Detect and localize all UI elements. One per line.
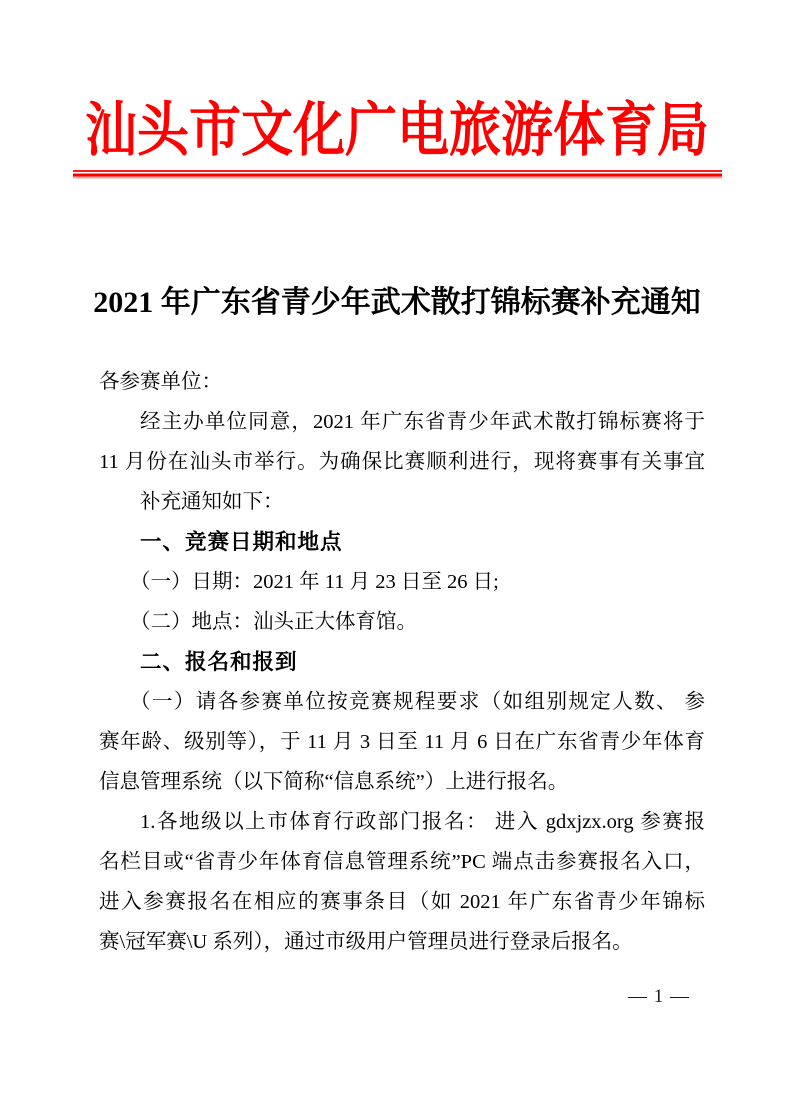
body-line: 进入参赛报名在相应的赛事条目（如 2021 年广东省青少年锦标	[99, 882, 705, 922]
body-line: 补充通知如下：	[99, 482, 705, 522]
section-heading: 二、报名和报到	[99, 642, 705, 682]
document-title: 2021 年广东省青少年武术散打锦标赛补充通知	[0, 283, 794, 323]
body-line: （一）日期：2021 年 11 月 23 日至 26 日;	[99, 562, 705, 602]
body-line-salutation: 各参赛单位：	[99, 362, 705, 402]
body-line: 名栏目或“省青少年体育信息管理系统”PC 端点击参赛报名入口，	[99, 842, 705, 882]
letterhead-agency-name: 汕头市文化广电旅游体育局	[0, 97, 794, 167]
body-line: 信息管理系统（以下简称“信息系统”）上进行报名。	[99, 762, 705, 802]
body-line: （二）地点：汕头正大体育馆。	[99, 602, 705, 642]
body-line: 11 月份在汕头市举行。为确保比赛顺利进行，现将赛事有关事宜	[99, 442, 705, 482]
body-line: 1.各地级以上市体育行政部门报名： 进入 gdxjzx.org 参赛报	[99, 802, 705, 842]
page-number: — 1 —	[628, 986, 690, 1008]
document-body: 各参赛单位： 经主办单位同意，2021 年广东省青少年武术散打锦标赛将于 11 …	[99, 362, 705, 962]
body-line: 经主办单位同意，2021 年广东省青少年武术散打锦标赛将于	[99, 402, 705, 442]
body-line: 赛\冠军赛\U 系列），通过市级用户管理员进行登录后报名。	[99, 922, 705, 962]
document-page: 汕头市文化广电旅游体育局 2021 年广东省青少年武术散打锦标赛补充通知 各参赛…	[0, 0, 794, 1108]
letterhead-divider-rule	[73, 170, 722, 180]
section-heading: 一、竞赛日期和地点	[99, 522, 705, 562]
body-line: （一）请各参赛单位按竞赛规程要求（如组别规定人数、 参	[99, 682, 705, 722]
body-line: 赛年龄、级别等），于 11 月 3 日至 11 月 6 日在广东省青少年体育	[99, 722, 705, 762]
